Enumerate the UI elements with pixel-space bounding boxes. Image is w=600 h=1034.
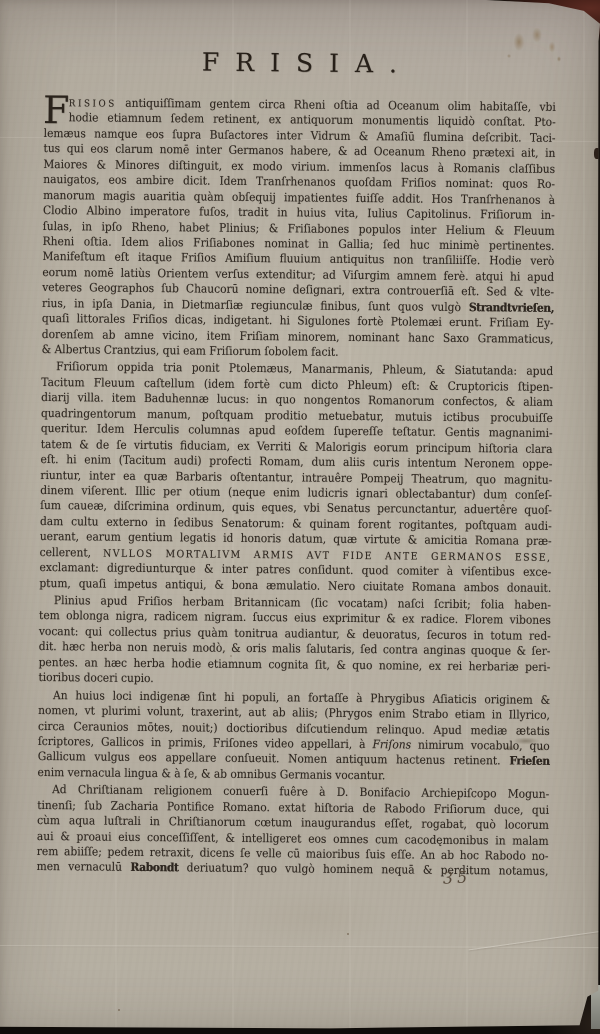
paper-stain	[240, 890, 390, 945]
speck	[118, 1009, 120, 1011]
handwritten-page-number: 35	[437, 867, 478, 888]
paragraph: AdChriſtianamreligionemconuerſifuêreàD.B…	[37, 782, 550, 880]
speck	[347, 933, 349, 935]
text-block: FRISIA. FRISIOSantiquiſſimamgentemcircaR…	[37, 0, 557, 880]
paper-crease	[0, 945, 600, 949]
paragraph: FRISIOSantiquiſſimamgentemcircaRhenioſti…	[42, 95, 556, 362]
paragraph: Anhuiuslociindigenæſinthipopuli,anfortaſ…	[38, 688, 551, 786]
paragraph: FriſiorumoppidatriaponitPtolemæus,Manarm…	[39, 359, 553, 595]
page-title: FRISIA.	[44, 46, 556, 84]
scanned-book-page-photo: FRISIA. FRISIOSantiquiſſimamgentemcircaR…	[0, 0, 600, 1034]
paragraph: PliniusapudFriſiosherbamBritannicam(ſicv…	[38, 593, 551, 691]
book-page: FRISIA. FRISIOSantiquiſſimamgentemcircaR…	[0, 0, 600, 1034]
text-body: FRISIOSantiquiſſimamgentemcircaRhenioſti…	[37, 95, 556, 880]
